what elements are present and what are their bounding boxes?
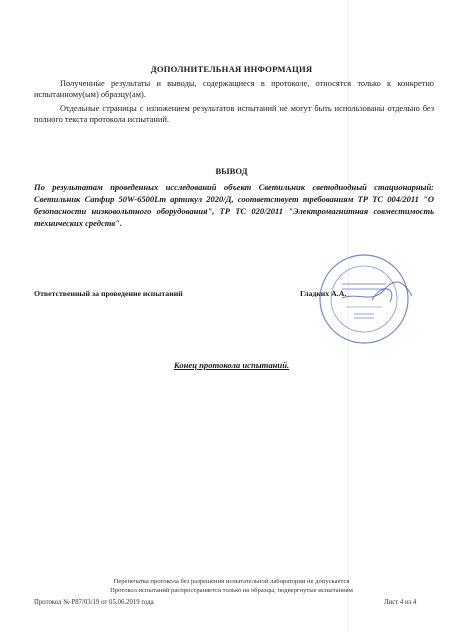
additional-info-paragraph-1: Полученные результаты и выводы, содержащ…	[34, 78, 434, 100]
responsible-label: Ответственный за проведение испытаний	[34, 289, 183, 298]
footer-scope-note: Протокол испытаний распространяется толь…	[0, 587, 463, 594]
document-page: ДОПОЛНИТЕЛЬНАЯ ИНФОРМАЦИЯ Полученные рез…	[0, 0, 463, 632]
end-of-protocol-note: Конец протокола испытаний.	[0, 360, 463, 370]
footer-reprint-note: Перепечатка протокола без разрешения исп…	[0, 578, 463, 585]
lab-stamp-icon	[312, 252, 420, 346]
paragraph-2-text: Отдельные страницы с изложением результа…	[34, 104, 434, 124]
additional-info-heading: ДОПОЛНИТЕЛЬНАЯ ИНФОРМАЦИЯ	[0, 64, 463, 74]
additional-info-paragraph-2: Отдельные страницы с изложением результа…	[34, 103, 434, 125]
footer-protocol-number: Протокол № Р87/03/19 от 05.06.2019 года	[34, 599, 154, 606]
footer-page-number: Лист 4 из 4	[384, 599, 416, 606]
conclusion-heading: ВЫВОД	[0, 166, 463, 176]
conclusion-text: По результатам проведенных исследований …	[34, 181, 434, 229]
paragraph-1-text: Полученные результаты и выводы, содержащ…	[34, 79, 434, 99]
responsible-name: Гладких А.А.	[300, 289, 346, 298]
